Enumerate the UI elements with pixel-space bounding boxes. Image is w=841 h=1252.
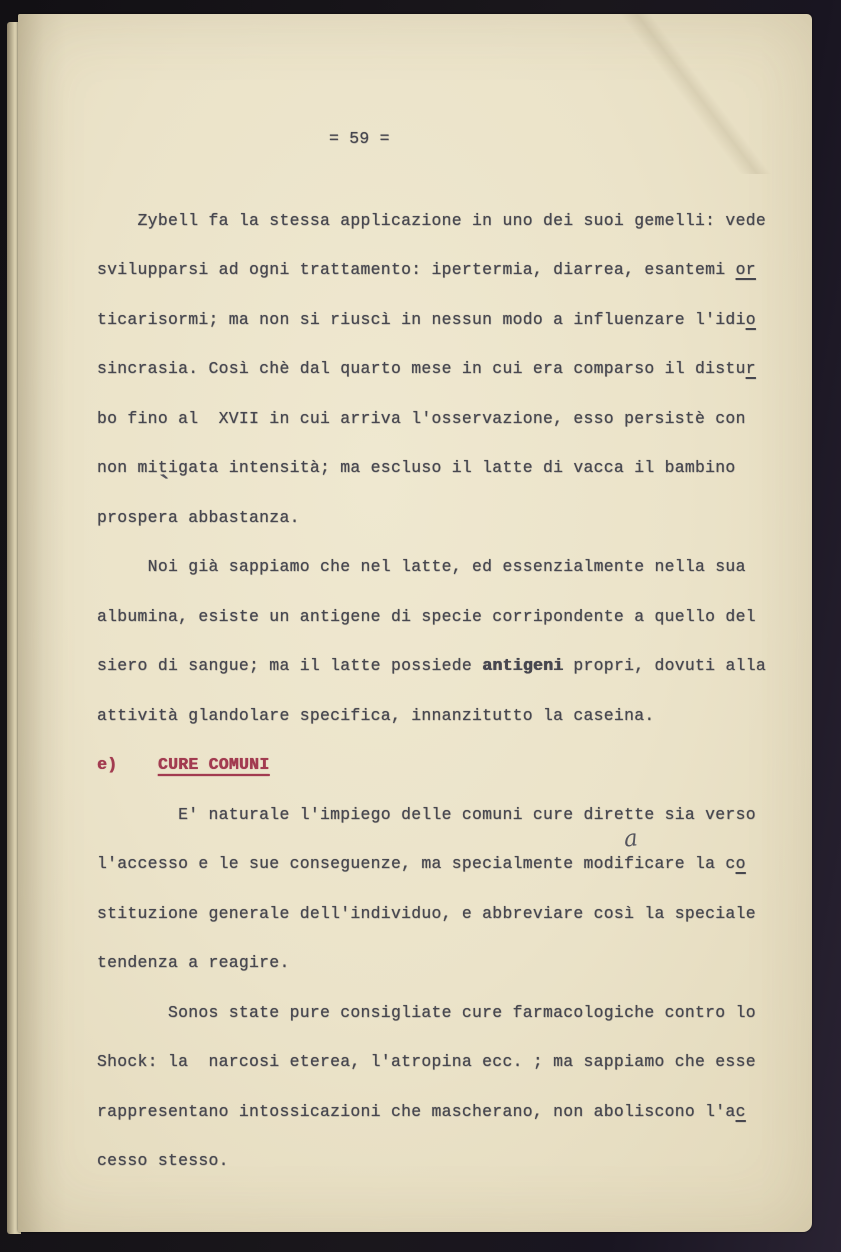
text-line: rappresentano intossicazioni che mascher…	[97, 1087, 782, 1137]
text-line: E' naturale l'impiego delle comuni cure …	[97, 790, 782, 840]
text-segment: e)	[97, 755, 117, 774]
paragraph: Sonos state pure consigliate cure farmac…	[97, 988, 782, 1186]
text-segment: albumina, esiste un antigene di specie c…	[97, 607, 756, 626]
text-segment: E' naturale l'impiego delle comuni cure …	[97, 805, 756, 824]
text-segment: prospera abbastanza.	[97, 508, 300, 527]
photo-background: = 59 = Zybell fa la stessa applicazione …	[0, 0, 841, 1252]
text-line: cesso stesso.	[97, 1136, 782, 1186]
text-segment: or	[736, 260, 756, 279]
text-line: tendenza a reagire.	[97, 938, 782, 988]
text-line: prospera abbastanza.	[97, 493, 782, 543]
document-page: = 59 = Zybell fa la stessa applicazione …	[18, 14, 812, 1232]
text-segment: attività glandolare specifica, innanzitu…	[97, 706, 654, 725]
text-segment: Shock: la narcosi eterea, l'atropina ecc…	[97, 1052, 756, 1071]
text-segment: sincrasia. Così chè dal quarto mese in c…	[97, 359, 746, 378]
text-segment: stituzione generale dell'individuo, e ab…	[97, 904, 756, 923]
text-line: l'accesso e le sue conseguenze, ma speci…	[97, 839, 782, 889]
section-heading: e) CURE COMUNI	[97, 740, 782, 790]
text-line: Sonos state pure consigliate cure farmac…	[97, 988, 782, 1038]
text-segment: rappresentano intossicazioni che mascher…	[97, 1102, 736, 1121]
text-segment: cesso stesso.	[97, 1151, 229, 1170]
paragraph: Noi già sappiamo che nel latte, ed essen…	[97, 542, 782, 740]
text-line: siero di sangue; ma il latte possiede an…	[97, 641, 782, 691]
text-segment: Zybell fa la stessa applicazione in uno …	[97, 211, 766, 230]
text-segment: o	[736, 854, 746, 873]
text-line: bo fino al XVII in cui arriva l'osservaz…	[97, 394, 782, 444]
text-line: stituzione generale dell'individuo, e ab…	[97, 889, 782, 939]
paragraph: Zybell fa la stessa applicazione in uno …	[97, 196, 782, 543]
text-segment: Sonos state pure consigliate cure farmac…	[97, 1003, 756, 1022]
text-segment: siero di sangue; ma il latte possiede	[97, 656, 482, 675]
text-line: attività glandolare specifica, innanzitu…	[97, 691, 782, 741]
text-line: svilupparsi ad ogni trattamento: iperter…	[97, 245, 782, 295]
text-segment: antigeni	[482, 656, 563, 675]
text-segment: bo fino al XVII in cui arriva l'osservaz…	[97, 409, 746, 428]
page-number: = 59 =	[97, 114, 782, 164]
text-line: Zybell fa la stessa applicazione in uno …	[97, 196, 782, 246]
text-segment: r	[746, 359, 756, 378]
text-segment: propri, dovuti alla	[563, 656, 766, 675]
text-segment: ticarisormi; ma non si riuscì in nessun …	[97, 310, 746, 329]
text-segment: o	[746, 310, 756, 329]
text-segment: svilupparsi ad ogni trattamento: iperter…	[97, 260, 736, 279]
text-segment	[117, 755, 158, 774]
text-segment: l'accesso e le sue conseguenze, ma speci…	[97, 854, 736, 873]
text-line: Shock: la narcosi eterea, l'atropina ecc…	[97, 1037, 782, 1087]
paragraph: E' naturale l'impiego delle comuni cure …	[97, 790, 782, 988]
text-line: non mitigata intensità; ma escluso il la…	[97, 443, 782, 493]
text-segment: tendenza a reagire.	[97, 953, 290, 972]
text-line: Noi già sappiamo che nel latte, ed essen…	[97, 542, 782, 592]
text-line: albumina, esiste un antigene di specie c…	[97, 592, 782, 642]
document-body: = 59 = Zybell fa la stessa applicazione …	[18, 14, 812, 1232]
text-line: ticarisormi; ma non si riuscì in nessun …	[97, 295, 782, 345]
text-segment: CURE COMUNI	[158, 755, 270, 774]
text-line: sincrasia. Così chè dal quarto mese in c…	[97, 344, 782, 394]
text-segment: non mitigata intensità; ma escluso il la…	[97, 458, 736, 477]
text-segment: c	[736, 1102, 746, 1121]
text-segment: Noi già sappiamo che nel latte, ed essen…	[97, 557, 746, 576]
